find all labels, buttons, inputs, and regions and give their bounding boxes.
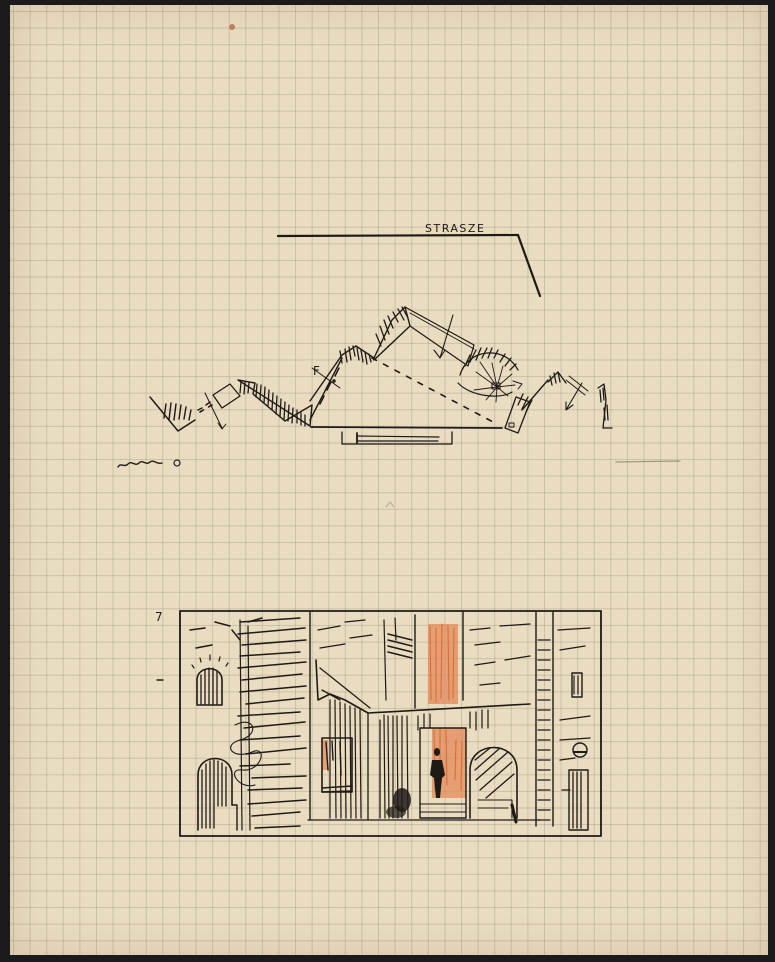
squiggle-mark	[118, 461, 162, 467]
scribble	[231, 722, 262, 786]
marker-f-label: F	[313, 364, 320, 378]
elevation-sketch: 7	[155, 610, 601, 836]
arrow-down-right	[566, 383, 582, 410]
door-right-small	[569, 770, 588, 830]
hatch-left	[164, 403, 191, 420]
plan-sketch: STRASZE F	[118, 222, 680, 507]
turntable-symbol	[458, 348, 522, 402]
stain-dot	[229, 24, 235, 30]
arrow-down	[434, 315, 453, 358]
hatch-wall-1	[240, 382, 305, 426]
roof-line	[316, 660, 530, 713]
drawing-canvas: STRASZE F	[0, 0, 775, 962]
arched-door-left	[198, 759, 232, 831]
sketch-number-label: 7	[155, 610, 163, 624]
column-hatch-right	[538, 628, 590, 820]
street-outline	[278, 235, 540, 296]
hatch-wall-2	[340, 307, 408, 364]
street-label: STRASZE	[425, 222, 485, 235]
